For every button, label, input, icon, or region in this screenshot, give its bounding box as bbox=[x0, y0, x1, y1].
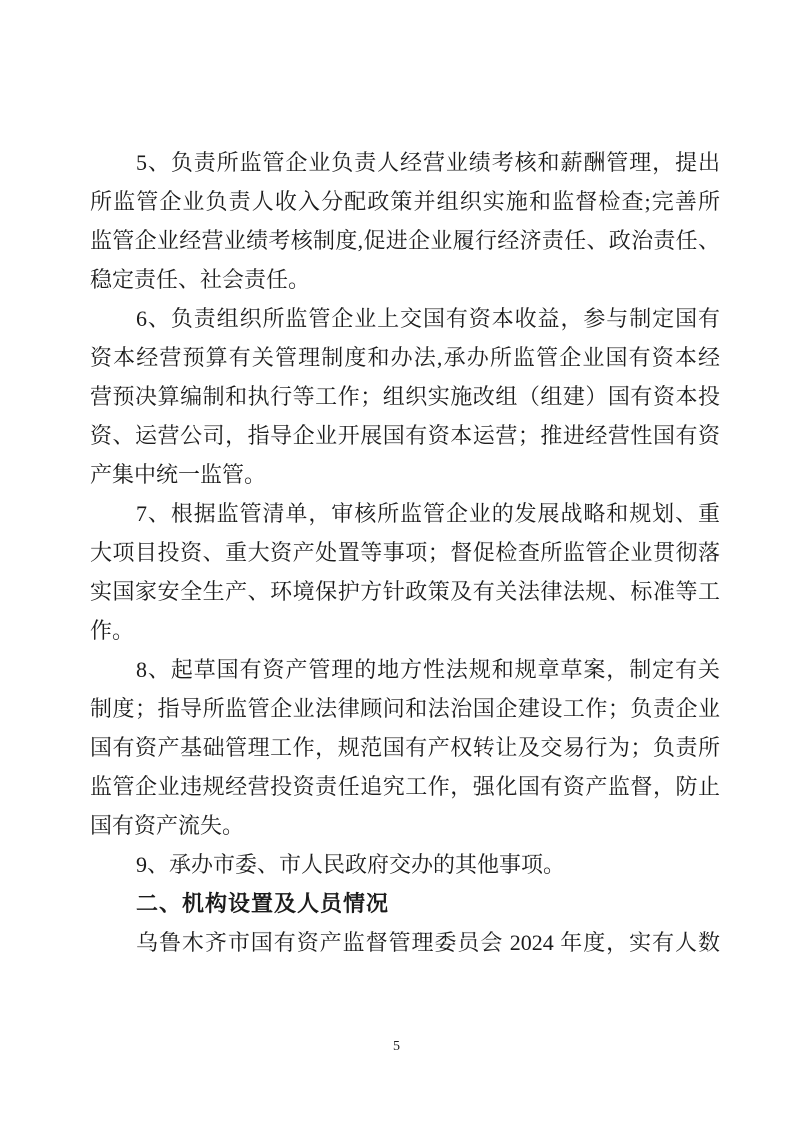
text-line: 大项目投资、重大资产处置等事项；督促检查所监管企业贯彻落 bbox=[90, 533, 720, 572]
paragraph-item-9: 9、承办市委、市人民政府交办的其他事项。 bbox=[90, 845, 720, 884]
text-line: 5、负责所监管企业负责人经营业绩考核和薪酬管理，提出 bbox=[90, 143, 720, 182]
document-page: 5、负责所监管企业负责人经营业绩考核和薪酬管理，提出所监管企业负责人收入分配政策… bbox=[0, 0, 793, 1122]
text-line: 产集中统一监管。 bbox=[90, 455, 720, 494]
text-line: 7、根据监管清单，审核所监管企业的发展战略和规划、重 bbox=[90, 494, 720, 533]
text-line: 6、负责组织所监管企业上交国有资本收益，参与制定国有 bbox=[90, 299, 720, 338]
text-line: 作。 bbox=[90, 611, 720, 650]
paragraph-item-8: 8、起草国有资产管理的地方性法规和规章草案，制定有关制度；指导所监管企业法律顾问… bbox=[90, 650, 720, 845]
paragraph-section-2-intro: 乌鲁木齐市国有资产监督管理委员会 2024 年度，实有人数 bbox=[90, 923, 720, 962]
text-line: 二、机构设置及人员情况 bbox=[90, 884, 720, 923]
paragraph-item-6: 6、负责组织所监管企业上交国有资本收益，参与制定国有资本经营预算有关管理制度和办… bbox=[90, 299, 720, 494]
text-line: 乌鲁木齐市国有资产监督管理委员会 2024 年度，实有人数 bbox=[90, 923, 720, 962]
text-line: 国有资产流失。 bbox=[90, 806, 720, 845]
text-line: 实国家安全生产、环境保护方针政策及有关法律法规、标准等工 bbox=[90, 572, 720, 611]
page-number: 5 bbox=[0, 1038, 793, 1056]
paragraph-item-7: 7、根据监管清单，审核所监管企业的发展战略和规划、重大项目投资、重大资产处置等事… bbox=[90, 494, 720, 650]
text-line: 营预决算编制和执行等工作；组织实施改组（组建）国有资本投 bbox=[90, 377, 720, 416]
text-line: 监管企业违规经营投资责任追究工作，强化国有资产监督，防止 bbox=[90, 767, 720, 806]
paragraph-item-5: 5、负责所监管企业负责人经营业绩考核和薪酬管理，提出所监管企业负责人收入分配政策… bbox=[90, 143, 720, 299]
text-line: 所监管企业负责人收入分配政策并组织实施和监督检查;完善所 bbox=[90, 182, 720, 221]
text-line: 9、承办市委、市人民政府交办的其他事项。 bbox=[90, 845, 720, 884]
document-body: 5、负责所监管企业负责人经营业绩考核和薪酬管理，提出所监管企业负责人收入分配政策… bbox=[90, 143, 720, 962]
text-line: 制度；指导所监管企业法律顾问和法治国企建设工作；负责企业 bbox=[90, 689, 720, 728]
text-line: 资、运营公司，指导企业开展国有资本运营；推进经营性国有资 bbox=[90, 416, 720, 455]
text-line: 资本经营预算有关管理制度和办法,承办所监管企业国有资本经 bbox=[90, 338, 720, 377]
text-line: 稳定责任、社会责任。 bbox=[90, 260, 720, 299]
text-line: 国有资产基础管理工作，规范国有产权转让及交易行为；负责所 bbox=[90, 728, 720, 767]
text-line: 监管企业经营业绩考核制度,促进企业履行经济责任、政治责任、 bbox=[90, 221, 720, 260]
text-line: 8、起草国有资产管理的地方性法规和规章草案，制定有关 bbox=[90, 650, 720, 689]
section-heading-2: 二、机构设置及人员情况 bbox=[90, 884, 720, 923]
